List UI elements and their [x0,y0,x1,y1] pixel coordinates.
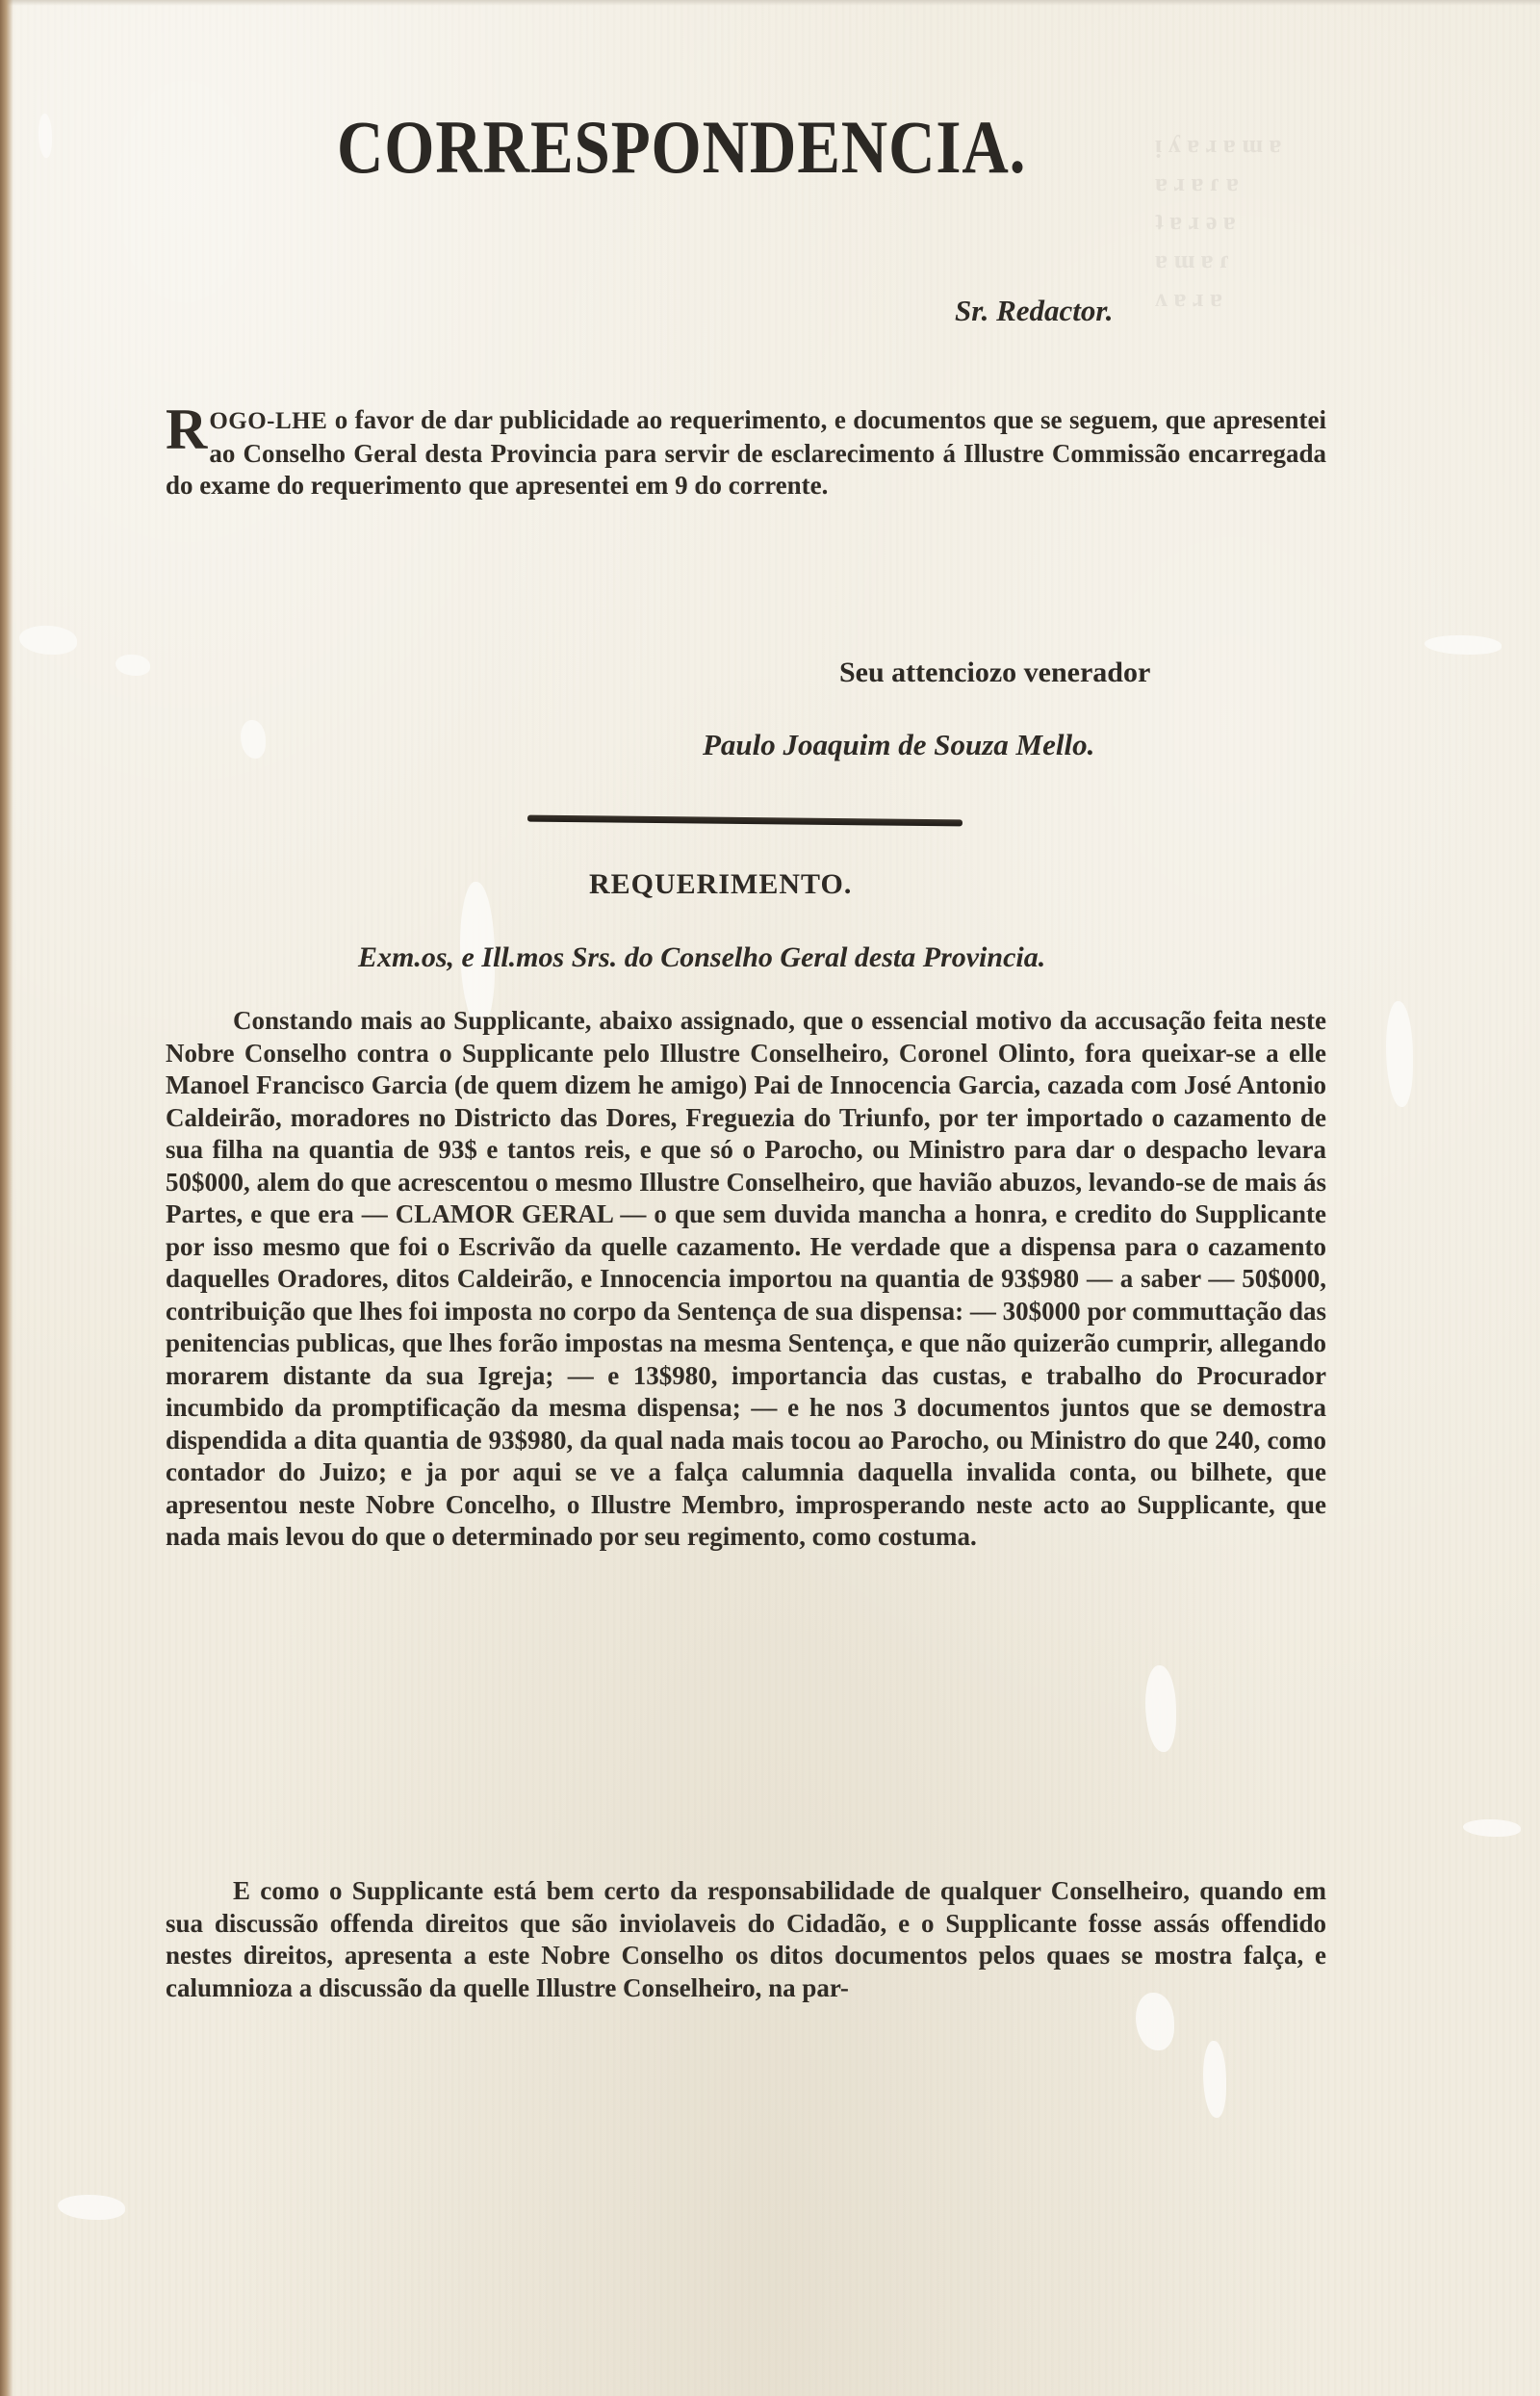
paper-damage-spot [115,655,150,676]
closing-phrase: Seu attenciozo venerador [839,657,1150,689]
paper-binding-edge [0,0,13,2396]
section-divider-rule [527,815,962,827]
intro-lead-word: OGO-LHE [209,408,327,434]
intro-paragraph: ROGO-LHE o favor de dar publicidade ao r… [166,404,1326,502]
paper-damage-spot [58,2195,125,2220]
signature: Paulo Joaquim de Souza Mello. [703,728,1094,762]
drop-cap: R [166,410,207,449]
reverse-side-show-through: ᴉ ʎ ɐ ɹ ɐ ɯ ɐ ɐ ɹ ɐ ɾ ɐ ʇ ɐ ɹ ǝ ɐ ɐ ɯ ɐ … [1155,125,1281,318]
paper-damage-spot [241,720,266,759]
paper-damage-spot [1145,1665,1176,1752]
section-title: REQUERIMENTO. [589,868,852,901]
paper-damage-spot [1424,635,1501,655]
paper-damage-spot [1203,2041,1226,2118]
body-paragraph-2: E como o Supplicante está bem certo da r… [166,1875,1326,2004]
intro-text: o favor de dar publicidade ao requerimen… [166,405,1326,500]
scanned-newspaper-page: ᴉ ʎ ɐ ɹ ɐ ɯ ɐ ɐ ɹ ɐ ɾ ɐ ʇ ɐ ɹ ǝ ɐ ɐ ɯ ɐ … [0,0,1540,2396]
masthead-title: CORRESPONDENCIA. [337,104,1065,191]
body-paragraph-1: Constando mais ao Supplicante, abaixo as… [166,1005,1326,1554]
paper-top-edge [0,0,1540,6]
paper-damage-spot [19,626,77,655]
paper-damage-spot [1386,1001,1413,1107]
addressee-line: Exm.os, e Ill.mos Srs. do Conselho Geral… [358,941,1045,974]
salutation: Sr. Redactor. [955,294,1114,328]
paper-damage-spot [1463,1819,1521,1837]
paper-damage-spot [38,114,52,158]
